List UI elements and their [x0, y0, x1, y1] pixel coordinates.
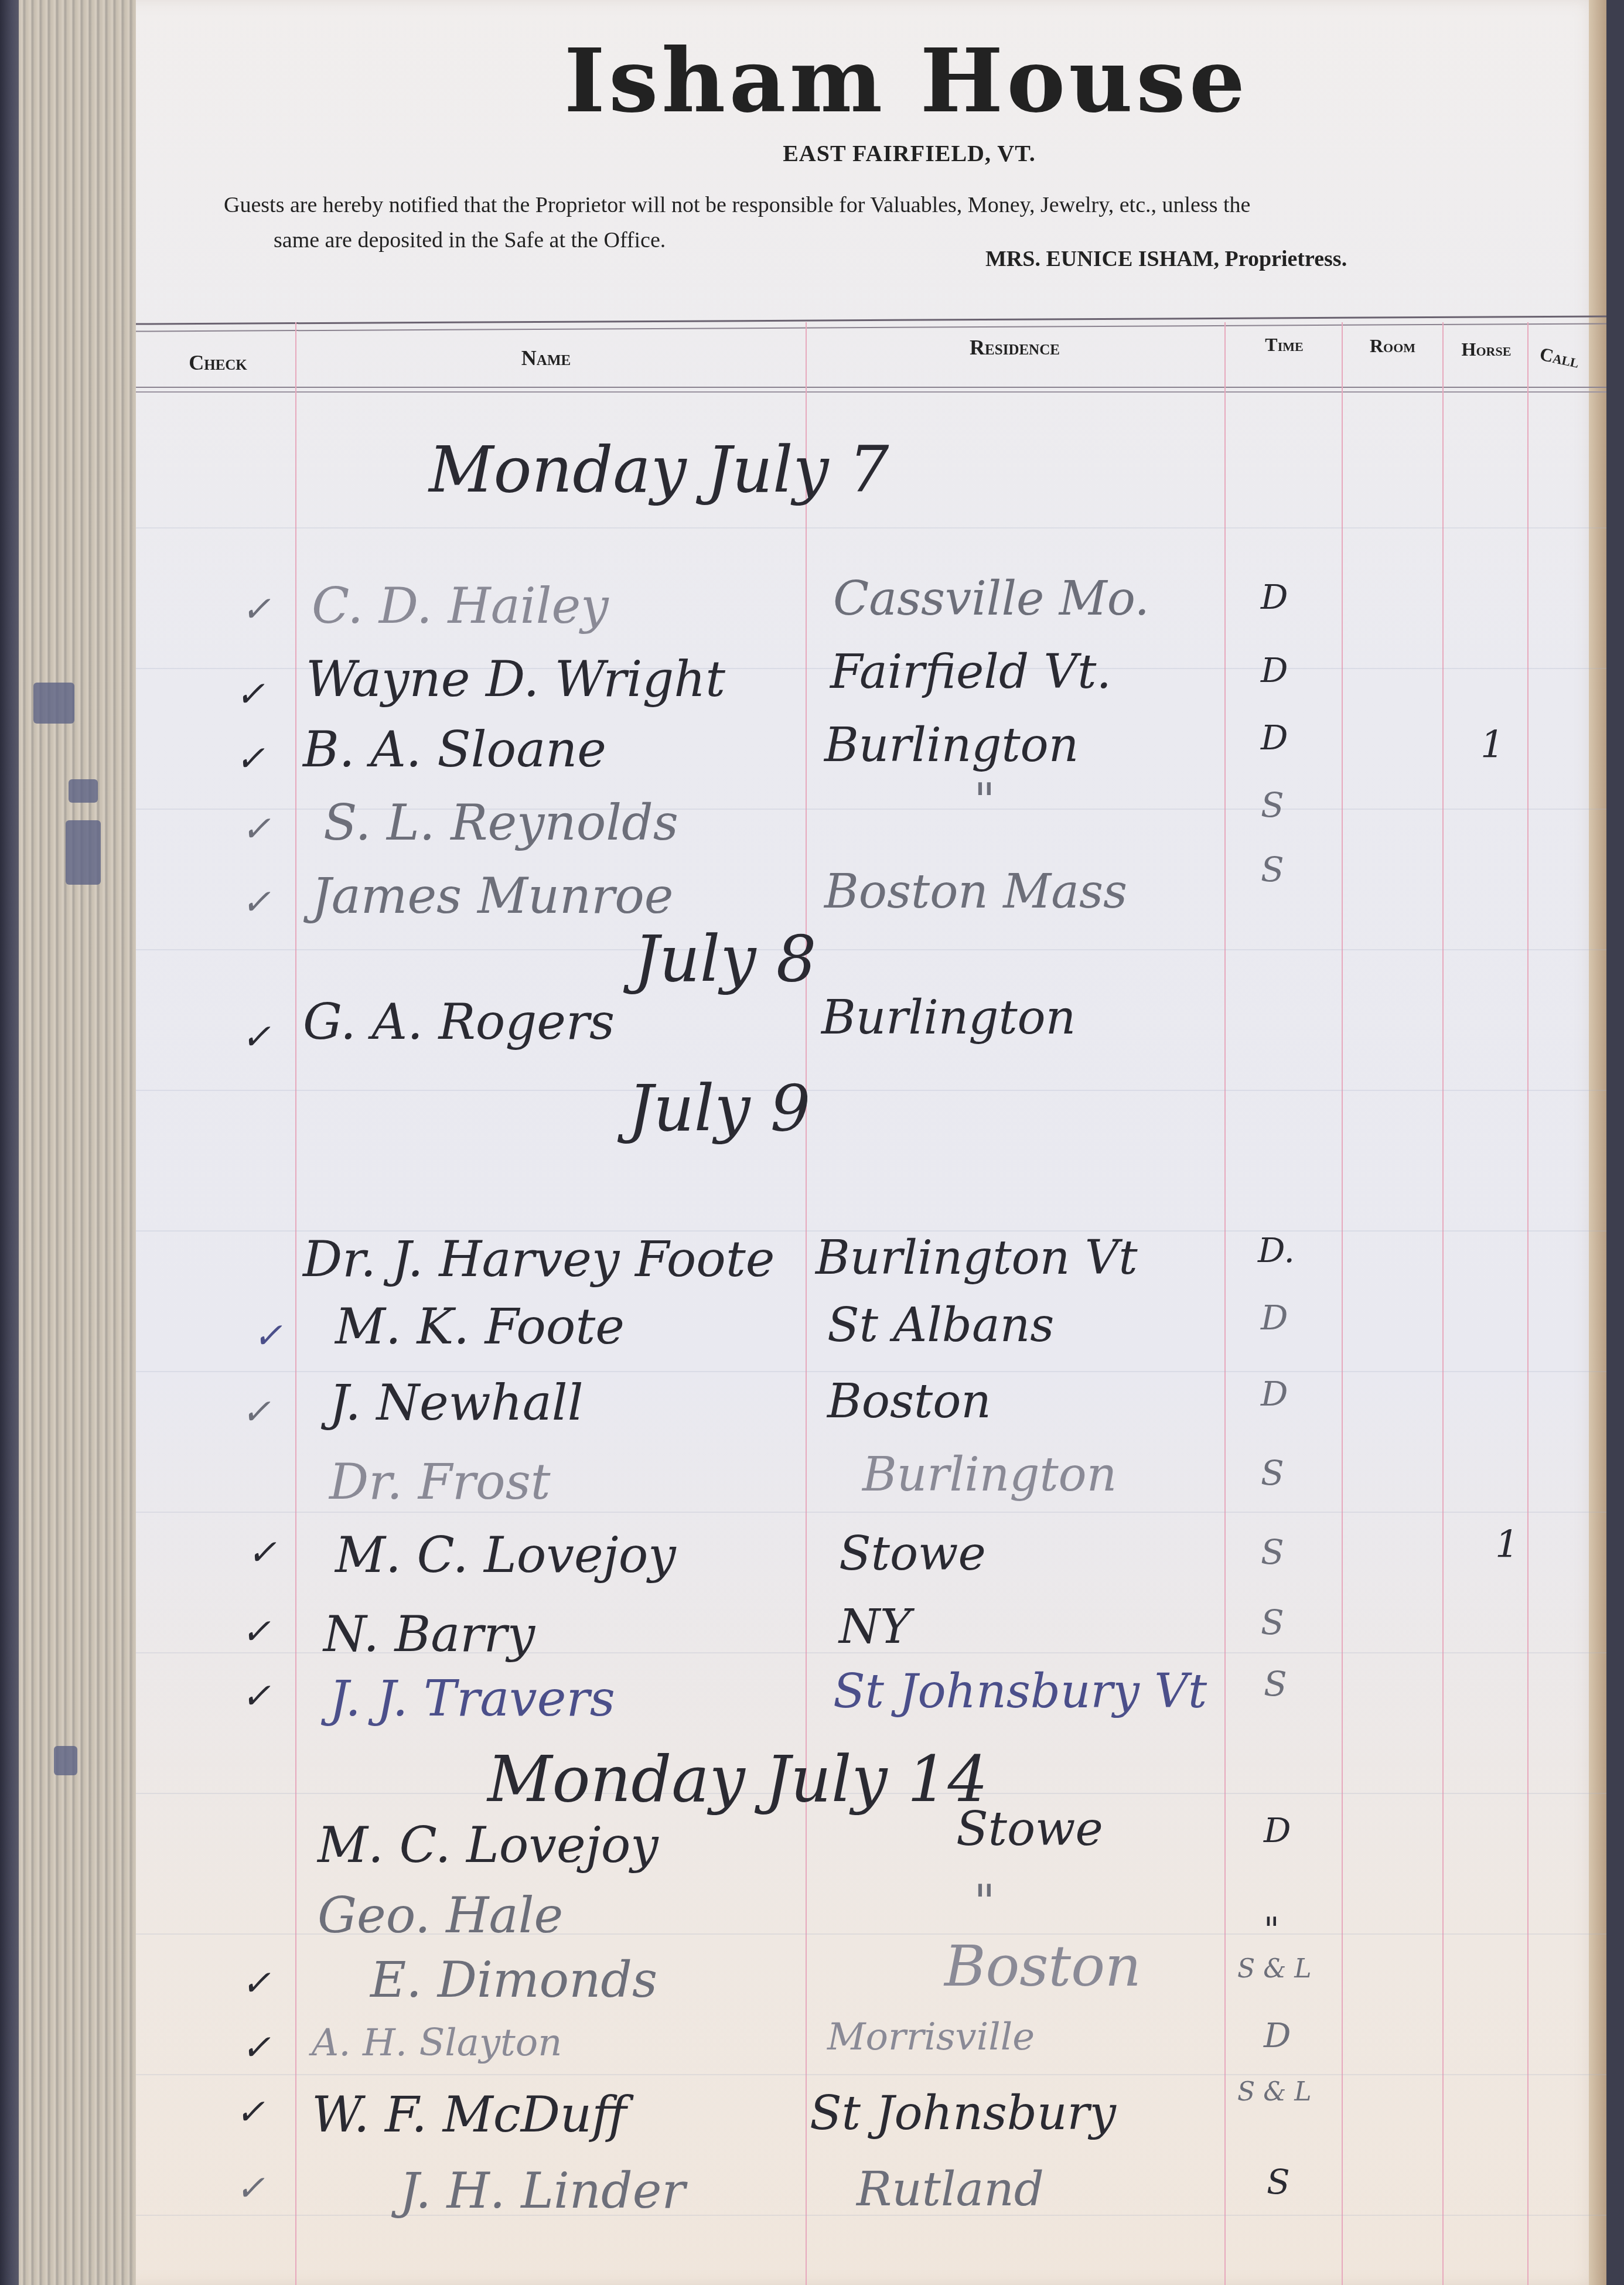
guest-residence: Morrisville — [827, 2015, 1035, 2059]
ruled-line — [136, 1512, 1606, 1513]
check-mark: ✓ — [241, 1963, 271, 2004]
guest-name: Dr. Frost — [329, 1453, 551, 1510]
column-divider — [1224, 322, 1226, 2285]
column-header-check: Check — [159, 350, 277, 375]
horse-count: 1 — [1495, 1523, 1519, 1567]
guest-name: J. J. Travers — [329, 1670, 615, 1727]
check-mark: ✓ — [253, 1315, 282, 1356]
ruled-line — [136, 2074, 1606, 2075]
register-page: Isham House EAST FAIRFIELD, VT. Guests a… — [136, 0, 1606, 2285]
guest-name: C. D. Hailey — [312, 577, 609, 635]
guest-name: J. Newhall — [329, 1374, 584, 1431]
check-mark: ✓ — [247, 1532, 277, 1573]
date-heading: July 9 — [628, 1072, 810, 1145]
time-mark: S — [1261, 785, 1284, 825]
date-heading: Monday July 14 — [487, 1743, 988, 1816]
location: EAST FAIRFIELD, VT. — [136, 139, 1606, 167]
header-top-rule — [136, 315, 1606, 332]
check-mark: ✓ — [241, 1392, 271, 1433]
guest-name: M. C. Lovejoy — [335, 1526, 676, 1584]
check-mark: ✓ — [241, 882, 271, 923]
guest-residence: " — [974, 1875, 995, 1929]
time-mark: S — [1261, 850, 1284, 889]
book-page-edges — [19, 0, 136, 2285]
date-heading: Monday July 7 — [429, 434, 889, 507]
guest-name: Wayne D. Wright — [306, 650, 725, 708]
check-mark: ✓ — [236, 674, 265, 715]
proprietor: MRS. EUNICE ISHAM, Proprietress. — [985, 246, 1347, 272]
time-mark: S & L — [1237, 2077, 1312, 2107]
ruled-line — [136, 1090, 1606, 1091]
guest-name: E. Dimonds — [370, 1951, 657, 2008]
guest-name: S. L. Reynolds — [323, 794, 678, 851]
time-mark: S — [1264, 1664, 1287, 1704]
horse-count: 1 — [1480, 724, 1504, 767]
ink-stain — [66, 820, 101, 885]
ruled-line — [136, 527, 1606, 528]
guest-residence: Boston Mass — [824, 864, 1127, 919]
time-mark: D — [1261, 1374, 1288, 1414]
guest-residence: Burlington — [862, 1447, 1117, 1502]
page-right-edge — [1589, 0, 1606, 2285]
guest-residence: Burlington — [821, 990, 1076, 1045]
notice-line-1: Guests are hereby notified that the Prop… — [224, 187, 1571, 223]
column-header-horse: Horse — [1445, 339, 1527, 360]
check-mark: ✓ — [236, 2092, 265, 2133]
check-mark: ✓ — [241, 809, 271, 850]
header-bottom-rule — [136, 387, 1606, 393]
time-mark: D — [1261, 718, 1288, 758]
guest-name: Dr. J. Harvey Foote — [303, 1230, 775, 1288]
guest-residence: Stowe — [956, 1802, 1103, 1856]
time-mark: S — [1261, 1602, 1284, 1642]
guest-name: James Munroe — [312, 867, 674, 925]
guest-residence: Boston — [827, 1374, 991, 1428]
column-header-residence: Residence — [898, 335, 1132, 360]
ink-stain — [54, 1746, 77, 1775]
guest-residence: Burlington — [824, 718, 1079, 772]
notice: Guests are hereby notified that the Prop… — [224, 187, 1571, 258]
check-mark: ✓ — [241, 1017, 271, 1058]
check-mark: ✓ — [241, 1676, 271, 1717]
time-mark: D — [1261, 577, 1288, 617]
check-mark: ✓ — [236, 738, 265, 779]
time-mark: " — [1264, 1910, 1280, 1950]
time-mark: D — [1264, 2015, 1291, 2055]
time-mark: S & L — [1237, 1954, 1312, 1984]
guest-residence: St Albans — [827, 1298, 1054, 1352]
ink-stain — [33, 683, 74, 724]
guest-name: W. F. McDuff — [312, 2086, 627, 2143]
column-header-time: Time — [1237, 334, 1331, 356]
column-header-call: Call — [1523, 340, 1596, 376]
column-header-room: Room — [1346, 335, 1439, 357]
guest-residence: St Johnsbury — [810, 2086, 1116, 2140]
guest-name: A. H. Slayton — [312, 2021, 562, 2065]
book-cover-edge — [0, 0, 19, 2285]
guest-name: J. H. Linder — [400, 2162, 685, 2219]
guest-name: N. Barry — [323, 1605, 535, 1663]
column-header-name: Name — [429, 346, 663, 370]
column-divider — [1342, 322, 1343, 2285]
check-mark: ✓ — [241, 1611, 271, 1652]
guest-residence: Rutland — [857, 2162, 1044, 2216]
guest-residence: St Johnsbury Vt — [833, 1664, 1207, 1718]
notice-line-2: same are deposited in the Safe at the Of… — [224, 223, 1571, 258]
time-mark: D — [1264, 1810, 1291, 1850]
guest-residence: Stowe — [839, 1526, 986, 1581]
guest-name: B. A. Sloane — [303, 721, 606, 778]
guest-residence: Burlington Vt — [816, 1230, 1138, 1285]
time-mark: D — [1261, 650, 1288, 690]
ruled-line — [136, 1371, 1606, 1372]
column-divider — [295, 322, 296, 2285]
check-mark: ✓ — [236, 2168, 265, 2209]
time-mark: S — [1261, 1532, 1284, 1572]
guest-residence: Fairfield Vt. — [830, 644, 1111, 699]
guest-residence: Cassville Mo. — [833, 571, 1149, 626]
check-mark: ✓ — [241, 589, 271, 630]
guest-residence: " — [974, 773, 995, 828]
guest-name: G. A. Rogers — [303, 993, 615, 1051]
time-mark: S — [1267, 2162, 1290, 2202]
page-title: Isham House — [136, 29, 1606, 132]
guest-name: M. K. Foote — [335, 1298, 625, 1355]
time-mark: D — [1261, 1298, 1288, 1338]
guest-residence: Boston — [944, 1933, 1141, 1999]
ink-stain — [69, 779, 98, 803]
column-divider — [1442, 322, 1444, 2285]
date-heading: July 8 — [634, 923, 816, 996]
check-mark: ✓ — [241, 2027, 271, 2068]
guest-name: Geo. Hale — [318, 1887, 563, 1944]
time-mark: D. — [1258, 1230, 1295, 1270]
guest-residence: NY — [839, 1599, 911, 1654]
column-divider — [806, 322, 807, 2285]
ruled-line — [136, 949, 1606, 950]
column-divider — [1527, 322, 1529, 2285]
time-mark: S — [1261, 1453, 1284, 1493]
guest-name: M. C. Lovejoy — [318, 1816, 659, 1874]
